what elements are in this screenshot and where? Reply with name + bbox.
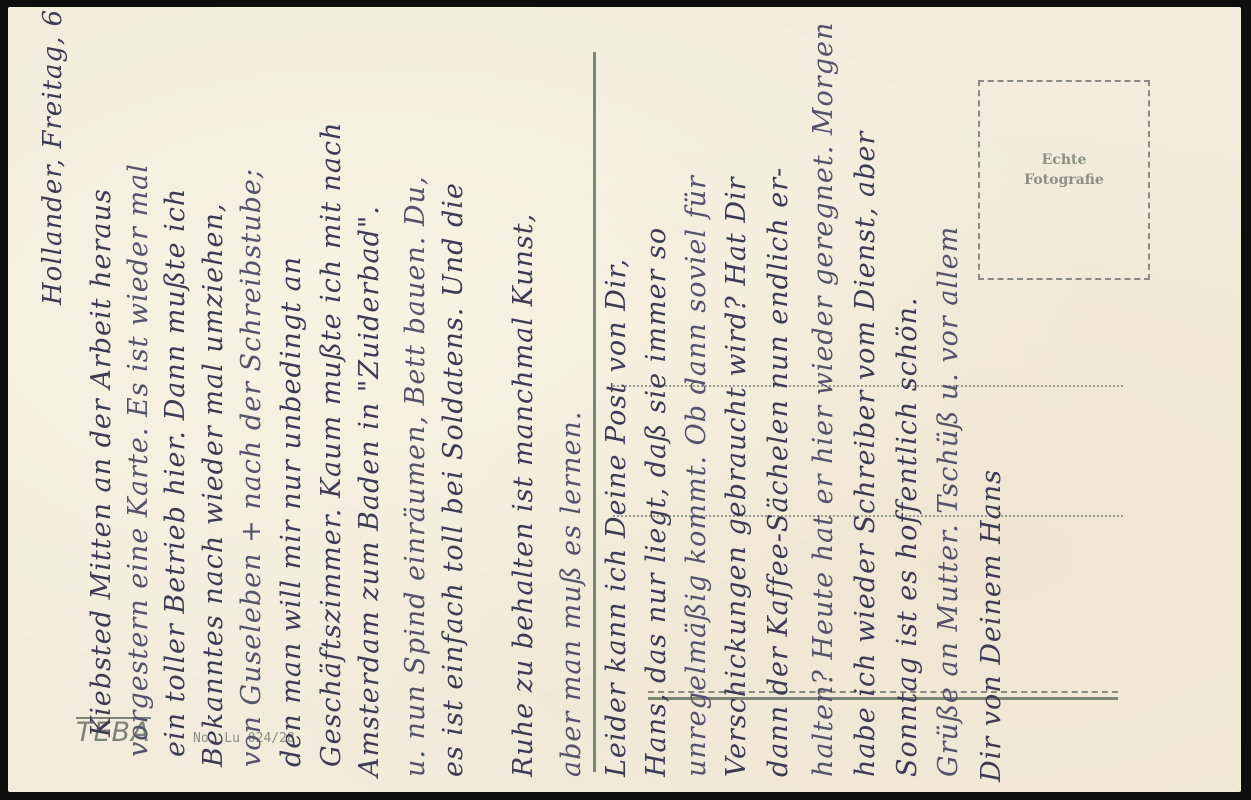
handwriting-line: Geschäftszimmer. Kaum mußte ich mit nach: [316, 121, 347, 767]
handwriting-line: Hans, das nur liegt, daß sie immer so: [641, 227, 672, 777]
handwriting-line: vorgestern eine Karte. Es ist wieder mal: [123, 163, 154, 757]
stamp-label-line2: Fotografie: [980, 170, 1148, 190]
handwriting-line: u. nun Spind einräumen, Bett bauen. Du,: [400, 175, 431, 777]
handwriting-line: es ist einfach toll bei Soldatens. Und d…: [438, 182, 469, 777]
handwriting-line: Kiebsted Mitten an der Arbeit heraus: [86, 188, 117, 737]
handwriting-line: ein toller Betrieb hier. Dann mußte ich: [160, 188, 191, 757]
address-line-3: [648, 691, 1118, 693]
handwriting-line: dann der Kaffee-Sächelen nun endlich er-: [763, 167, 794, 777]
handwriting-line: Leider kann ich Deine Post von Dir,: [601, 258, 632, 777]
handwriting-line: Dir von Deinem Hans: [976, 469, 1007, 782]
handwriting-line: Amsterdam zum Baden in "Zuiderbad".: [354, 205, 385, 777]
postcard: Echte Fotografie TEBA No. Lu 024/28 Holl…: [8, 7, 1241, 792]
handwriting-line: Grüße an Mutter. Tschüß u. vor allem: [933, 226, 964, 777]
handwriting-line: Ruhe zu behalten ist manchmal Kunst,: [508, 213, 539, 777]
handwriting-line: Hollander, Freitag, 6.6.47.: [38, 7, 68, 305]
handwriting-line: unregelmäßig kommt. Ob dann soviel für: [681, 175, 712, 777]
handwriting-line: von Guseleben + nach der Schreibstube;: [236, 168, 267, 767]
handwriting-line: halten? Heute hat er hier wieder geregne…: [808, 22, 839, 777]
handwriting-line: den man will mir nur unbedingt an: [276, 256, 307, 767]
handwriting-line: Verschickungen gebraucht wird? Hat Dir: [721, 176, 752, 777]
handwriting-line: habe ich wieder Schreiber vom Dienst, ab…: [850, 131, 881, 777]
handwriting-line: aber man muß es lernen.: [556, 411, 587, 777]
stamp-label: Echte Fotografie: [980, 150, 1148, 190]
vertical-divider-line: [593, 52, 596, 772]
handwriting-line: Bekanntes nach wieder mal umziehen,: [198, 203, 229, 767]
handwriting-line: Sonntag ist es hoffentlich schön.: [892, 297, 923, 778]
address-baseline: [648, 697, 1118, 700]
stamp-label-line1: Echte: [980, 150, 1148, 170]
stamp-box: Echte Fotografie: [978, 80, 1150, 280]
